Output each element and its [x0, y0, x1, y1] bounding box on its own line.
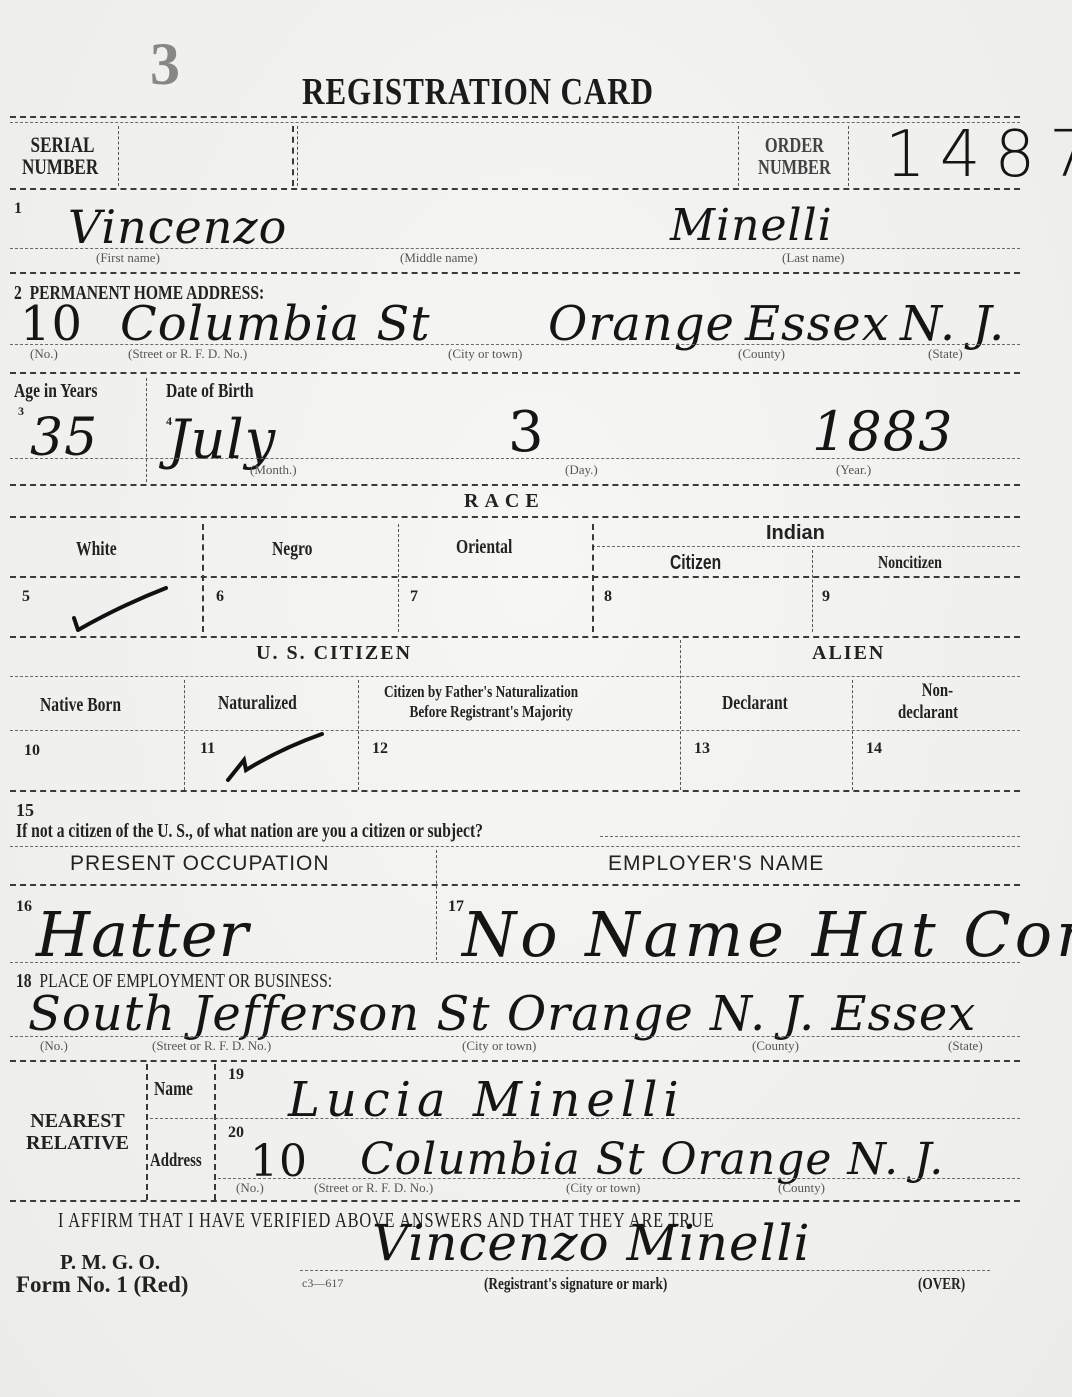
field-number-15: 15	[16, 800, 34, 821]
race-indian-citizen-checkbox[interactable]	[596, 580, 808, 630]
serial-number-field[interactable]	[122, 128, 290, 184]
alien-heading: ALIEN	[812, 642, 885, 665]
occupation-heading: PRESENT OCCUPATION	[70, 852, 330, 876]
nondeclarant-checkbox[interactable]	[856, 734, 1016, 786]
last-name-label: (Last name)	[782, 250, 844, 266]
birth-day-value[interactable]: 3	[508, 400, 545, 465]
race-negro-checkbox[interactable]	[206, 580, 394, 630]
relative-county-label: (County)	[778, 1180, 825, 1196]
nation-field[interactable]	[600, 812, 1020, 836]
address-city-label: (City or town)	[448, 346, 522, 362]
field-number-19: 19	[228, 1066, 244, 1084]
address-no-label: (No.)	[30, 346, 58, 362]
registrant-signature[interactable]: Vincenzo Minelli	[372, 1214, 811, 1272]
birth-year-value[interactable]: 1883	[812, 400, 953, 463]
naturalized-checkmark-icon[interactable]	[222, 730, 332, 784]
card-title: REGISTRATION CARD	[302, 70, 654, 114]
year-label: (Year.)	[836, 462, 871, 478]
nation-question: If not a citizen of the U. S., of what n…	[16, 820, 483, 843]
month-label: (Month.)	[250, 462, 297, 478]
relative-address-label: Address	[150, 1150, 202, 1172]
field-number-20: 20	[228, 1124, 244, 1142]
relative-no-label: (No.)	[236, 1180, 264, 1196]
race-oriental-checkbox[interactable]	[402, 580, 588, 630]
native-born-label: Native Born	[40, 694, 121, 717]
birth-label: Date of Birth	[166, 380, 254, 403]
order-number-value[interactable]: 1487	[885, 118, 1072, 192]
declarant-checkbox[interactable]	[684, 734, 848, 786]
nondeclarant-label: Non- declarant	[898, 680, 958, 724]
employment-county-label: (County)	[752, 1038, 799, 1054]
employment-place-value[interactable]: South Jefferson St Orange N. J. Essex	[28, 986, 976, 1042]
nearest-relative-label: NEAREST RELATIVE	[26, 1110, 129, 1154]
field-number-11: 11	[200, 740, 215, 758]
print-code: c3—617	[302, 1276, 343, 1291]
naturalized-label: Naturalized	[218, 692, 297, 715]
middle-name-label: (Middle name)	[400, 250, 478, 266]
indian-heading: Indian	[766, 522, 825, 545]
race-white-label: White	[76, 538, 117, 561]
field-number-3: 3	[18, 404, 24, 419]
citizen-by-father-label: Citizen by Father's Naturalization Befor…	[384, 682, 578, 722]
us-citizen-heading: U. S. CITIZEN	[256, 642, 412, 665]
employer-value[interactable]: No Name Hat Com	[462, 898, 1072, 971]
relative-city-label: (City or town)	[566, 1180, 640, 1196]
citizen-by-father-checkbox[interactable]	[362, 734, 676, 786]
employment-street-label: (Street or R. F. D. No.)	[152, 1038, 271, 1054]
serial-number-label: SERIAL NUMBER	[22, 134, 98, 178]
day-label: (Day.)	[565, 462, 598, 478]
first-name-label: (First name)	[96, 250, 160, 266]
age-label: Age in Years	[14, 380, 97, 403]
race-indian-noncitizen-label: Noncitizen	[878, 552, 942, 573]
employment-no-label: (No.)	[40, 1038, 68, 1054]
form-number-label: Form No. 1 (Red)	[16, 1272, 188, 1298]
relative-street-label: (Street or R. F. D. No.)	[314, 1180, 433, 1196]
race-indian-noncitizen-checkbox[interactable]	[816, 580, 1016, 630]
race-heading: RACE	[464, 490, 545, 513]
occupation-value[interactable]: Hatter	[36, 898, 249, 971]
address-street-label: (Street or R. F. D. No.)	[128, 346, 247, 362]
employment-city-label: (City or town)	[462, 1038, 536, 1054]
employer-heading: EMPLOYER'S NAME	[608, 852, 824, 876]
relative-name-value[interactable]: Lucia Minelli	[288, 1072, 685, 1128]
declarant-label: Declarant	[722, 692, 788, 715]
address-county-label: (County)	[738, 346, 785, 362]
stamp-number: 3	[150, 30, 180, 99]
last-name-value[interactable]: Minelli	[670, 200, 833, 251]
native-born-checkbox[interactable]	[14, 734, 180, 786]
first-name-value[interactable]: Vincenzo	[68, 200, 287, 254]
race-negro-label: Negro	[272, 538, 312, 561]
field-number-1: 1	[14, 200, 22, 218]
registration-card: 3 REGISTRATION CARD SERIAL NUMBER ORDER …	[0, 0, 1072, 1397]
race-indian-citizen-label: Citizen	[670, 552, 721, 575]
order-number-label: ORDER NUMBER	[758, 134, 831, 178]
race-white-checkmark-icon[interactable]	[70, 584, 170, 636]
field-number-5: 5	[22, 588, 30, 606]
employment-state-label: (State)	[948, 1038, 983, 1054]
race-oriental-label: Oriental	[456, 536, 512, 559]
age-value[interactable]: 35	[30, 408, 98, 468]
field-number-16: 16	[16, 898, 32, 916]
over-label: (OVER)	[918, 1274, 965, 1294]
relative-name-label: Name	[154, 1078, 193, 1101]
signature-label: (Registrant's signature or mark)	[484, 1274, 667, 1294]
address-state-label: (State)	[928, 346, 963, 362]
